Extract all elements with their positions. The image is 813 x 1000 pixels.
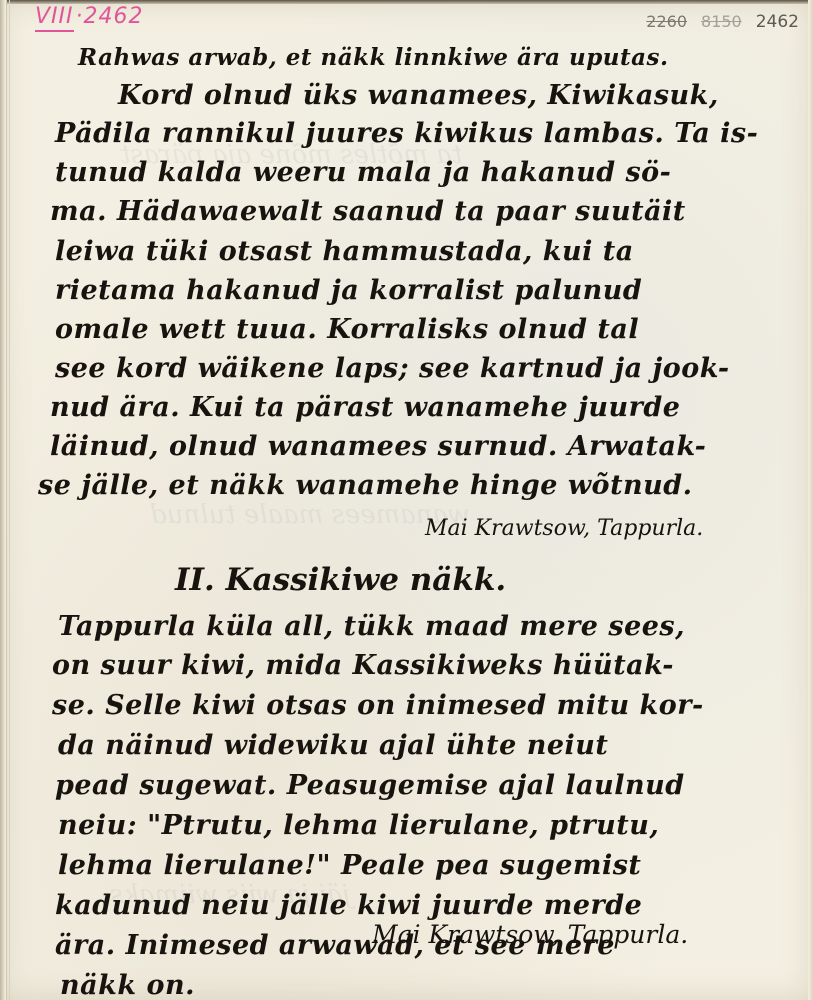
story1-line-5: ma. Hädawaewalt saanud ta paar suutäit	[50, 196, 686, 227]
story2-line-2: on suur kiwi, mida Kassikiweks hüütak-	[52, 650, 674, 681]
story2-line-5: pead sugewat. Peasugemise ajal laulnud	[55, 770, 685, 801]
story1-line-12: se jälle, et näkk wanamehe hinge wõtnud.	[38, 470, 693, 501]
story2-line-1: Tappurla küla all, tükk maad mere sees,	[58, 611, 685, 642]
story1-line-7: rietama hakanud ja korralist palunud	[55, 275, 642, 306]
story1-line-1: Rahwas arwab, et näkk linnkiwe ära uputa…	[78, 44, 669, 71]
story2-line-4: da näinud widewiku ajal ühte neiut	[58, 730, 608, 761]
archive-mark-number: 2462	[84, 4, 144, 29]
story1-line-4: tunud kalda weeru mala ja hakanud sö-	[55, 157, 671, 188]
archive-mark: VIII·2462	[35, 4, 144, 32]
page-right-edge	[808, 0, 813, 1000]
story2-line-6: neiu: "Ptrutu, lehma lierulane, ptrutu,	[58, 810, 659, 841]
story2-line-10: näkk on.	[60, 970, 195, 1000]
struck-page-number-1: 2260	[646, 12, 687, 31]
story1-line-6: leiwa tüki otsast hammustada, kui ta	[55, 236, 634, 267]
page-fold-line	[9, 0, 10, 1000]
archive-mark-separator: ·	[76, 4, 84, 29]
reverse-side-bleedthrough: wanamees maale tulnud	[150, 500, 470, 530]
page-binding-edge	[0, 0, 7, 1000]
story2-line-8: kadunud neiu jälle kiwi juurde merde	[55, 890, 642, 921]
current-page-number: 2462	[756, 12, 799, 32]
story1-line-3: Pädila rannikul juures kiwikus lambas. T…	[55, 118, 758, 149]
story1-line-2: Kord olnud üks wanamees, Kiwikasuk,	[118, 80, 719, 111]
story1-line-10: nud ära. Kui ta pärast wanamehe juurde	[50, 392, 680, 423]
story2-line-7: lehma lierulane!" Peale pea sugemist	[58, 850, 641, 881]
story1-line-11: läinud, olnud wanamees surnud. Arwatak-	[50, 431, 706, 462]
story2-line-3: se. Selle kiwi otsas on inimesed mitu ko…	[52, 690, 704, 721]
story2-signature: Mai Krawtsow, Tappurla.	[372, 920, 688, 949]
story1-line-8: omale wett tuua. Korralisks olnud tal	[55, 314, 639, 345]
story1-line-9: see kord wäikene laps; see kartnud ja jo…	[55, 353, 730, 384]
pencil-page-numbers: 2260 8150 2462	[646, 12, 799, 32]
story1-signature: Mai Krawtsow, Tappurla.	[425, 516, 703, 541]
archive-mark-roman: VIII	[35, 4, 74, 32]
story2-heading: II. Kassikiwe näkk.	[175, 562, 506, 598]
manuscript-page: ta mõtles mõne aja pärast wanamees maale…	[0, 0, 813, 1000]
struck-page-number-2: 8150	[701, 12, 742, 31]
